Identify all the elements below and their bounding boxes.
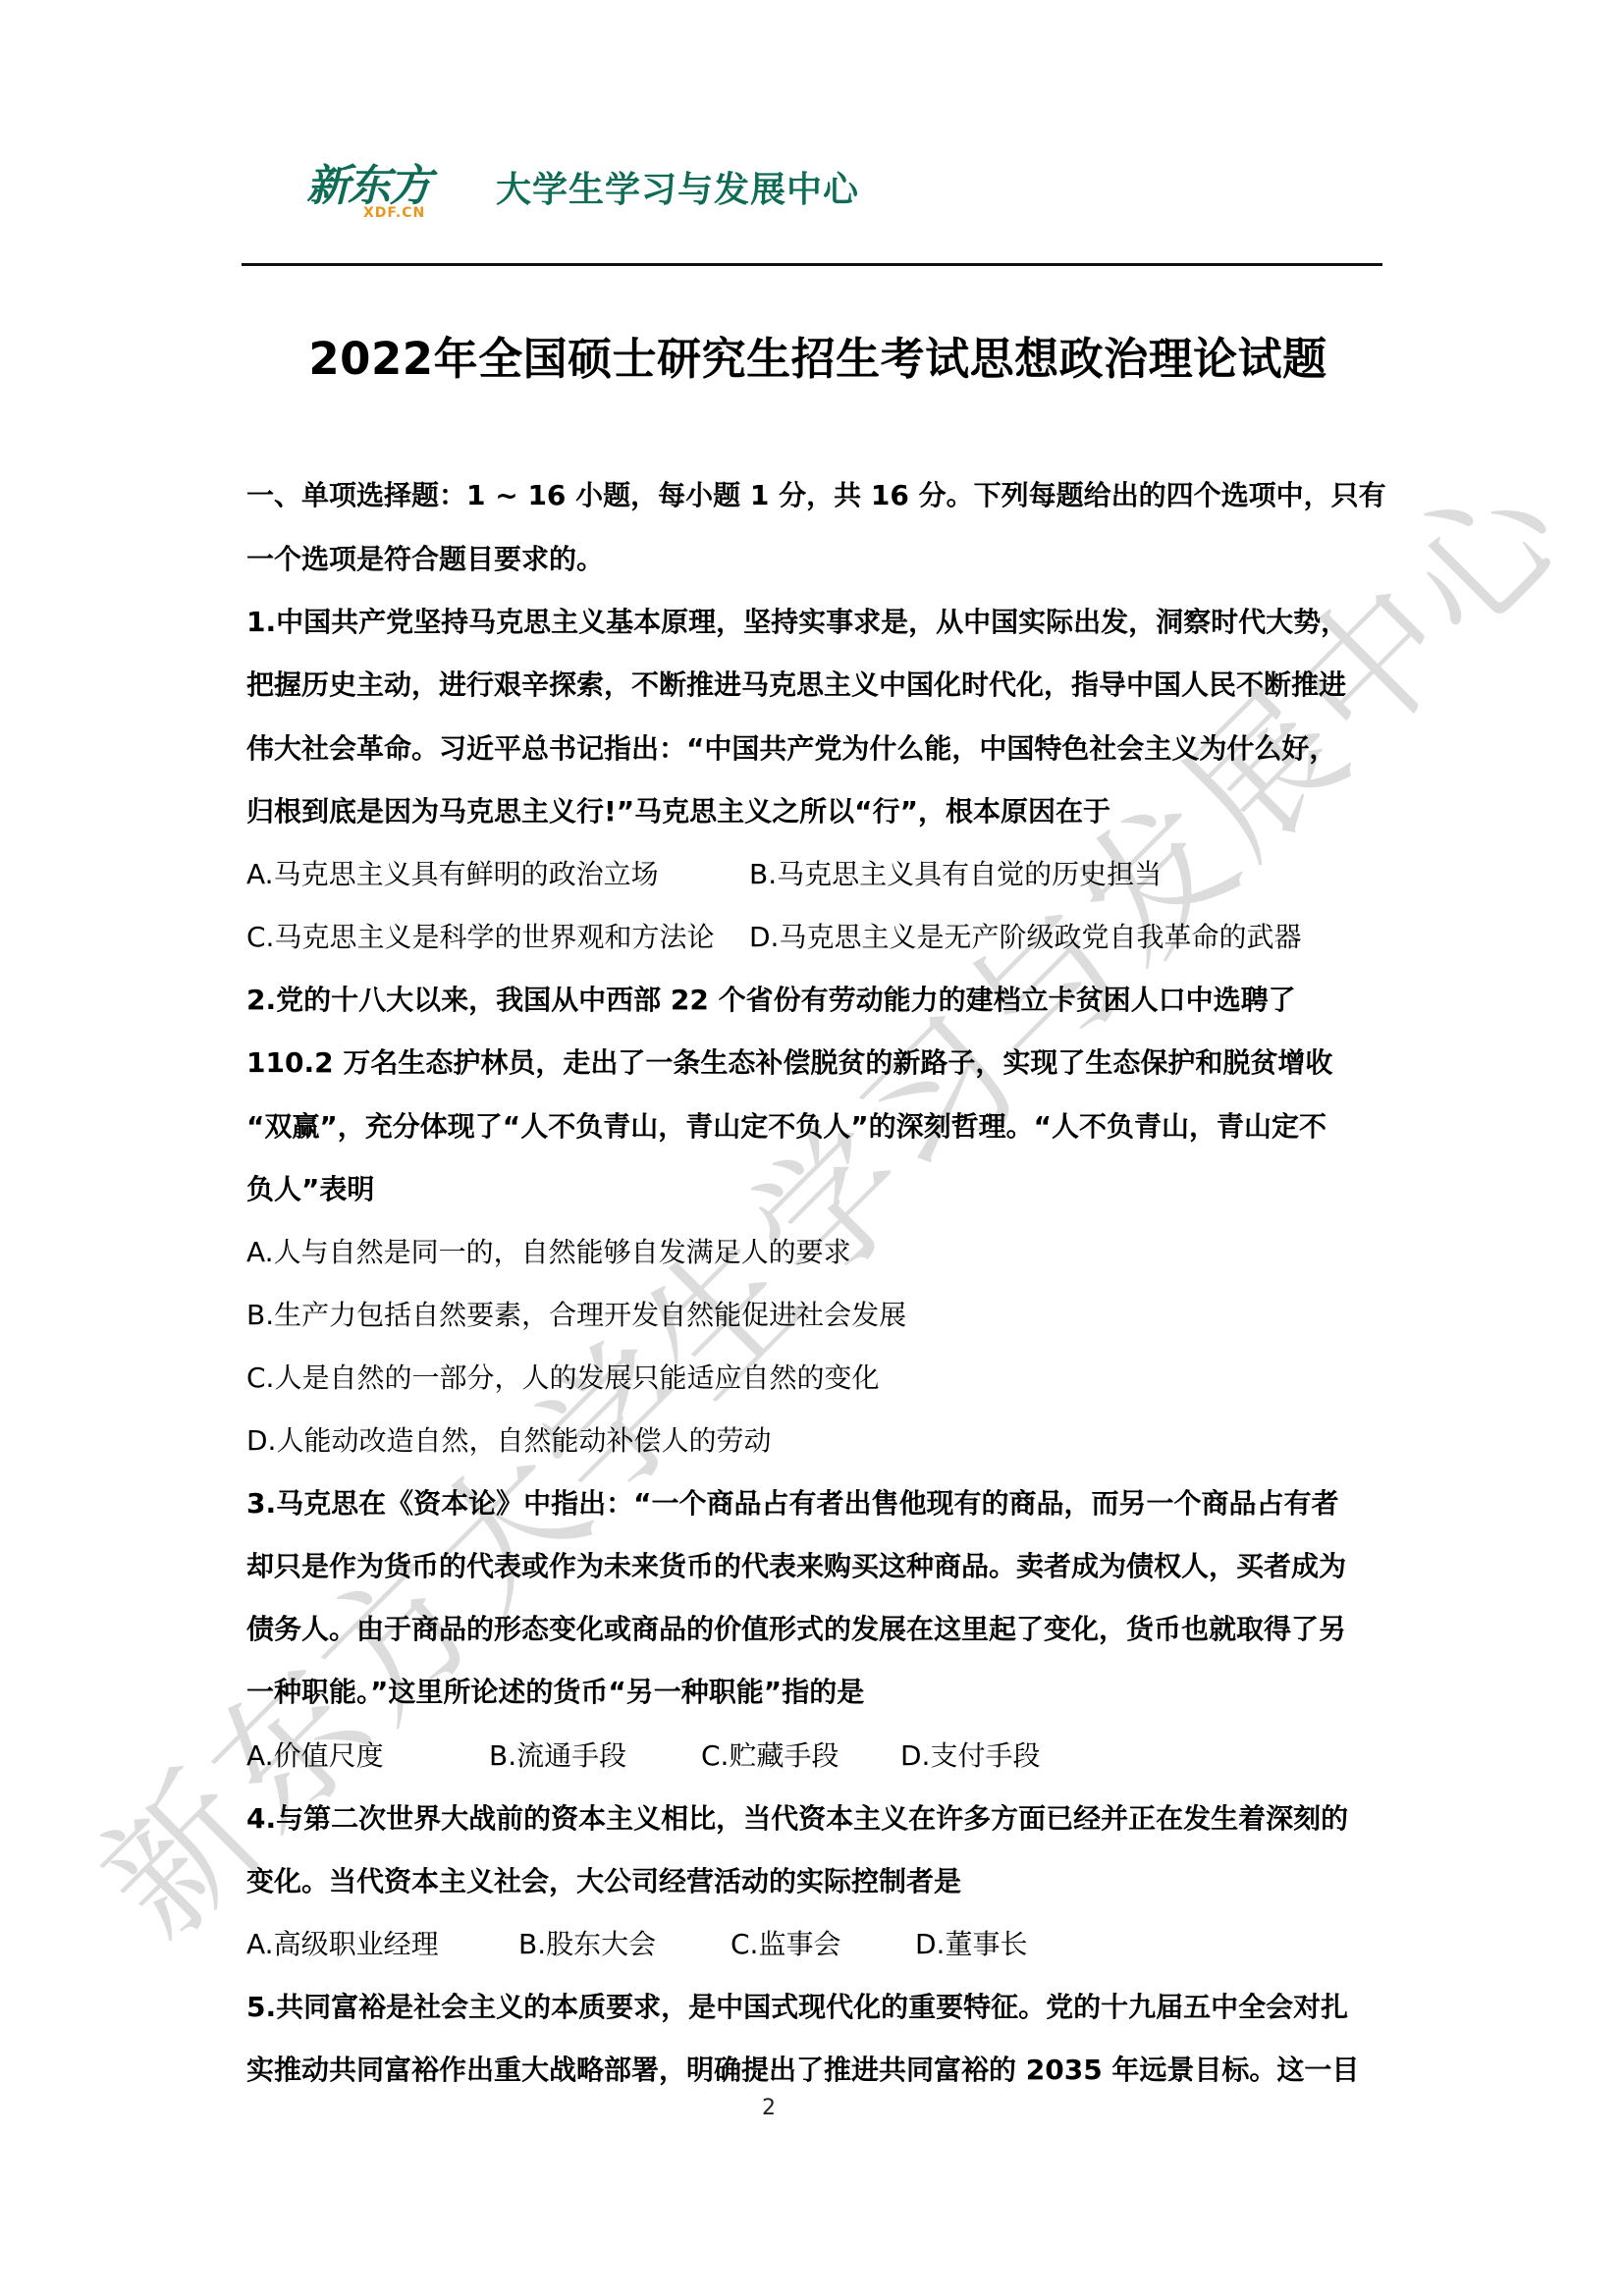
question-1-stem-line: 1.中国共产党坚持马克思主义基本原理，坚持实事求是，从中国实际出发，洞察时代大势…: [246, 603, 1348, 642]
exam-page: 新东方大学生学习与发展中心 新东方 XDF.CN 大学生学习与发展中心 2022…: [0, 0, 1624, 2296]
xdf-logo: 新东方 XDF.CN: [306, 162, 468, 225]
question-3-stem-line: 债务人。由于商品的形态变化或商品的价值形式的发展在这里起了变化，货币也就取得了另: [246, 1610, 1346, 1649]
logo-sub-text: XDF.CN: [363, 205, 425, 221]
question-5-stem-line: 实推动共同富裕作出重大战略部署，明确提出了推进共同富裕的 2035 年远景目标。…: [246, 2051, 1359, 2090]
question-1-option-d: D.马克思主义是无产阶级政党自我革命的武器: [749, 918, 1301, 957]
section-instruction-line: 一个选项是符合题目要求的。: [246, 540, 604, 579]
question-3-option-a: A.价值尺度: [246, 1736, 384, 1776]
question-2-stem-line: 110.2 万名生态护林员，走出了一条生态补偿脱贫的新路子，实现了生态保护和脱贫…: [246, 1043, 1332, 1083]
question-3-stem-line: 一种职能。”这里所论述的货币“另一种职能”指的是: [246, 1673, 864, 1712]
question-1-stem-line: 归根到底是因为马克思主义行!”马克思主义之所以“行”，根本原因在于: [246, 792, 1110, 831]
question-3-option-b: B.流通手段: [489, 1736, 626, 1776]
header-divider: [242, 263, 1382, 266]
question-3-option-d: D.支付手段: [900, 1736, 1040, 1776]
question-2-option-d: D.人能动改造自然，自然能动补偿人的劳动: [246, 1421, 771, 1461]
question-3-option-c: C.贮藏手段: [701, 1736, 839, 1776]
question-4-option-b: B.股东大会: [518, 1925, 656, 1964]
question-2-stem-line: 2.党的十八大以来，我国从中西部 22 个省份有劳动能力的建档立卡贫困人口中选聘…: [246, 981, 1296, 1020]
question-2-option-c: C.人是自然的一部分，人的发展只能适应自然的变化: [246, 1359, 879, 1398]
question-2-stem-line: 负人”表明: [246, 1170, 374, 1209]
question-4-option-a: A.高级职业经理: [246, 1925, 439, 1964]
question-1-option-a: A.马克思主义具有鲜明的政治立场: [246, 855, 659, 894]
question-4-stem-line: 4.与第二次世界大战前的资本主义相比，当代资本主义在许多方面已经并正在发生着深刻…: [246, 1799, 1348, 1839]
section-instruction-line: 一、单项选择题：1 ~ 16 小题，每小题 1 分，共 16 分。下列每题给出的…: [246, 476, 1386, 515]
question-1-stem-line: 伟大社会革命。习近平总书记指出：“中国共产党为什么能，中国特色社会主义为什么好，: [246, 729, 1336, 769]
question-2-option-a: A.人与自然是同一的，自然能够自发满足人的要求: [246, 1233, 851, 1272]
question-3-stem-line: 3.马克思在《资本论》中指出：“一个商品占有者出售他现有的商品，而另一个商品占有…: [246, 1484, 1339, 1523]
logo-main-text: 新东方: [306, 162, 430, 211]
page-title: 2022年全国硕士研究生招生考试思想政治理论试题: [253, 332, 1382, 387]
question-4-option-c: C.监事会: [731, 1925, 840, 1964]
question-1-option-b: B.马克思主义具有自觉的历史担当: [749, 855, 1162, 894]
question-3-stem-line: 却只是作为货币的代表或作为未来货币的代表来购买这种商品。卖者成为债权人，买者成为: [246, 1547, 1346, 1586]
question-4-stem-line: 变化。当代资本主义社会，大公司经营活动的实际控制者是: [246, 1862, 961, 1901]
question-4-option-d: D.董事长: [915, 1925, 1027, 1964]
question-5-stem-line: 5.共同富裕是社会主义的本质要求，是中国式现代化的重要特征。党的十九届五中全会对…: [246, 1988, 1348, 2027]
question-1-option-c: C.马克思主义是科学的世界观和方法论: [246, 918, 714, 957]
question-2-stem-line: “双赢”，充分体现了“人不负青山，青山定不负人”的深刻哲理。“人不负青山，青山定…: [246, 1107, 1326, 1147]
center-name: 大学生学习与发展中心: [496, 169, 859, 212]
question-1-stem-line: 把握历史主动，进行艰辛探索，不断推进马克思主义中国化时代化，指导中国人民不断推进: [246, 666, 1346, 705]
question-2-option-b: B.生产力包括自然要素，合理开发自然能促进社会发展: [246, 1296, 906, 1335]
page-number: 2: [762, 2096, 776, 2120]
